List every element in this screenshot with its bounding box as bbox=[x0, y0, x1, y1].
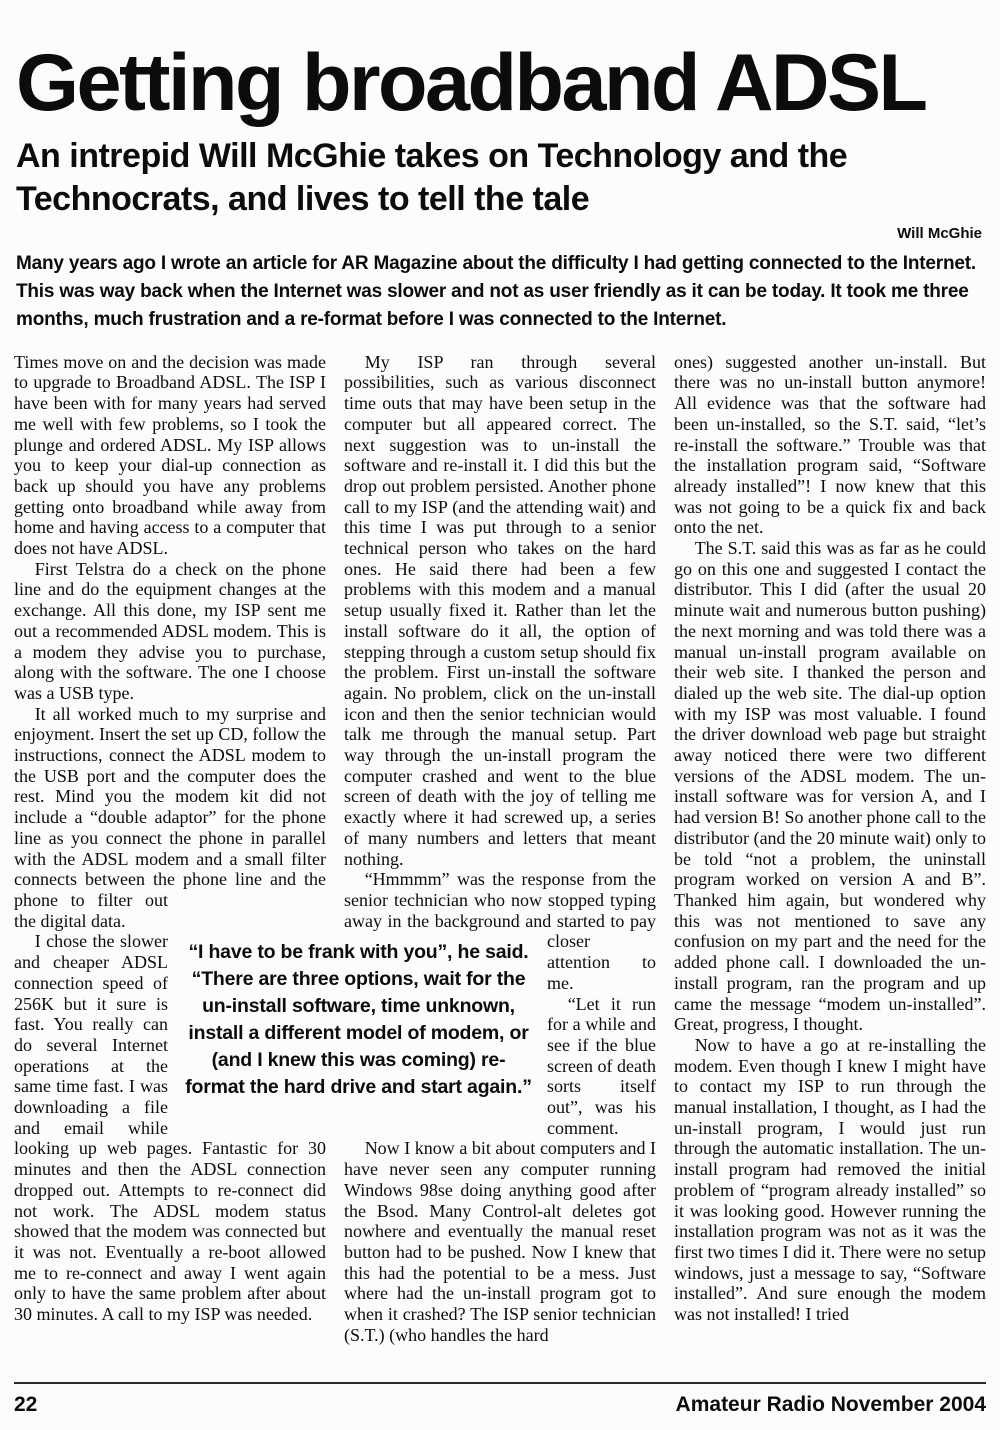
paragraph-text: ones) suggested another un-install. But … bbox=[674, 352, 986, 538]
page: Getting broadband ADSL An intrepid Will … bbox=[0, 0, 1000, 1430]
page-number: 22 bbox=[14, 1393, 37, 1417]
article-body: Times move on and the decision was made … bbox=[14, 352, 986, 1346]
page-footer: 22 Amateur Radio November 2004 bbox=[14, 1382, 986, 1417]
paragraph-text: Now to have a go at re-installing the mo… bbox=[674, 1035, 986, 1324]
paragraph-text: Times move on and the decision was made … bbox=[14, 352, 326, 558]
paragraph-text: started to pay closer attention to me. bbox=[547, 911, 656, 993]
byline: Will McGhie bbox=[14, 225, 982, 242]
body-paragraph: The S.T. said this was as far as he coul… bbox=[674, 538, 986, 1035]
article-title: Getting broadband ADSL bbox=[16, 42, 986, 125]
standfirst: Many years ago I wrote an article for AR… bbox=[16, 250, 984, 334]
body-paragraph: ones) suggested another un-install. But … bbox=[674, 352, 986, 538]
column-1: Times move on and the decision was made … bbox=[14, 352, 326, 1346]
issue-title: Amateur Radio November 2004 bbox=[676, 1393, 986, 1417]
paragraph-text: It all worked much to my surprise and en… bbox=[14, 704, 326, 910]
body-paragraph: Times move on and the decision was made … bbox=[14, 352, 326, 559]
body-paragraph: It all worked much to my surprise and en… bbox=[14, 704, 326, 932]
pull-quote: “I have to be frank with you”, he said. … bbox=[180, 935, 537, 1104]
body-paragraph: Now I know a bit about computers and I h… bbox=[344, 1138, 656, 1345]
paragraph-text: “Let it run for a while and see if the b… bbox=[547, 994, 656, 1138]
body-paragraph: First Telstra do a check on the phone li… bbox=[14, 559, 326, 704]
paragraph-text: My ISP ran through several possibilities… bbox=[344, 352, 656, 869]
body-paragraph: Now to have a go at re-installing the mo… bbox=[674, 1035, 986, 1325]
paragraph-text: The S.T. said this was as far as he coul… bbox=[674, 538, 986, 1034]
column-3: ones) suggested another un-install. But … bbox=[674, 352, 986, 1346]
paragraph-text: Now I know a bit about computers and I h… bbox=[344, 1138, 656, 1344]
paragraph-text: First Telstra do a check on the phone li… bbox=[14, 559, 326, 703]
article-subtitle: An intrepid Will McGhie takes on Technol… bbox=[16, 135, 956, 221]
body-paragraph: My ISP ran through several possibilities… bbox=[344, 352, 656, 870]
column-2: My ISP ran through several possibilities… bbox=[344, 352, 656, 1346]
